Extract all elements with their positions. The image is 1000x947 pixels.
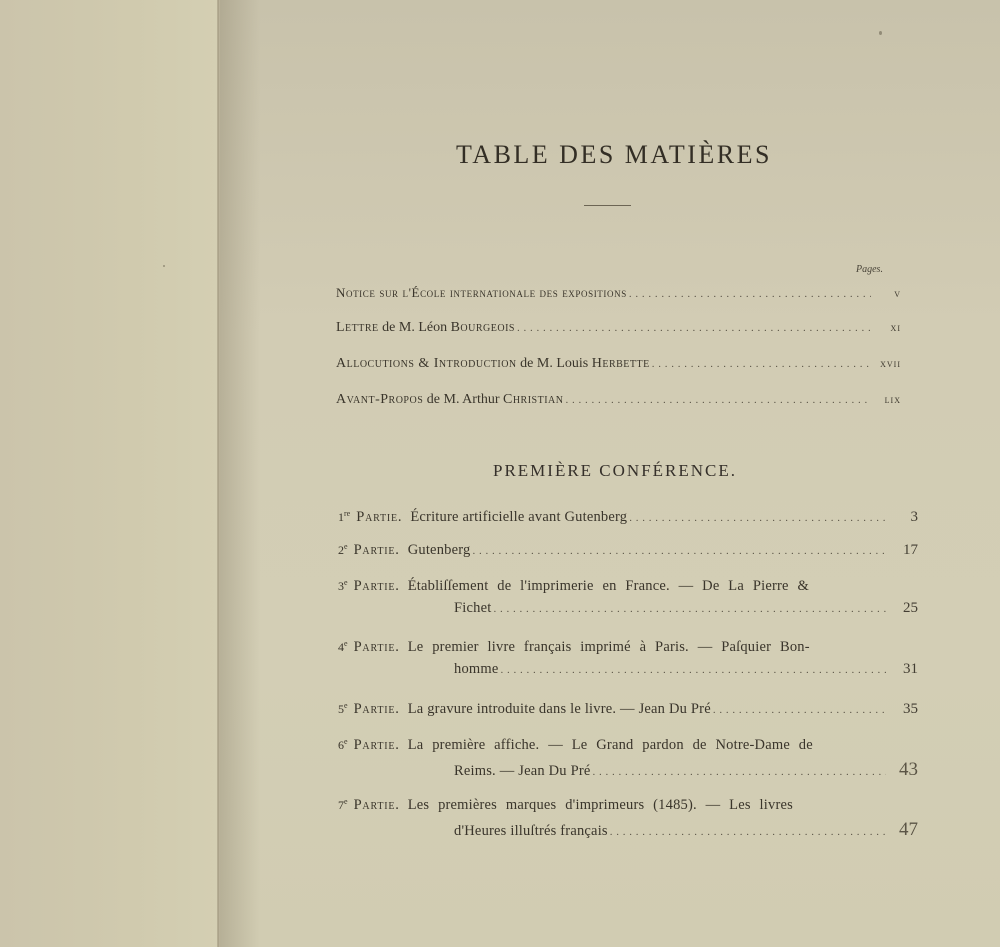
part-title: Le premier livre français imprimé à Pari… <box>408 639 810 656</box>
toc-page-number: xi <box>881 322 901 334</box>
part-number: 6e <box>338 737 348 753</box>
part-number: 7e <box>338 797 348 813</box>
toc-page-number: 25 <box>896 600 918 617</box>
toc-page-number: lix <box>881 394 901 406</box>
part-word: Partie. <box>354 639 400 656</box>
toc-entry-label: Notice sur l'École internationale des ex… <box>336 285 627 301</box>
toc-part-5: 5e Partie. La gravure introduite dans le… <box>338 701 918 718</box>
part-word: Partie. <box>356 509 402 526</box>
toc-entry-avant-propos: Avant-Propos de M. Arthur Christian lix <box>336 392 901 408</box>
toc-page-number: 35 <box>896 701 918 718</box>
part-number: 2e <box>338 542 348 558</box>
dot-leader <box>566 394 871 406</box>
dot-leader <box>593 766 887 778</box>
toc-page-number: 3 <box>896 509 918 526</box>
part-title-continued: d'Heures illuſtrés français <box>454 823 608 840</box>
dot-leader <box>713 704 886 716</box>
toc-part-3: 3e Partie. Établiſſement de l'imprimerie… <box>338 578 918 617</box>
dot-leader <box>610 826 886 838</box>
part-title: Écriture artificielle avant Gutenberg <box>410 509 627 526</box>
part-word: Partie. <box>354 701 400 718</box>
gutter-shadow <box>220 0 260 947</box>
left-page-blank <box>0 0 219 947</box>
part-number: 1re <box>338 509 350 525</box>
toc-page-number: 43 <box>896 759 918 781</box>
toc-part-1: 1re Partie. Écriture artificielle avant … <box>338 509 918 526</box>
part-title-continued: Reims. — Jean Du Pré <box>454 763 591 780</box>
toc-page-number: v <box>881 288 901 300</box>
part-number: 3e <box>338 578 348 594</box>
part-word: Partie. <box>354 737 400 754</box>
part-title: La première affiche. — Le Grand pardon d… <box>408 737 813 754</box>
toc-entry-label: Lettre de M. Léon Bourgeois <box>336 320 515 336</box>
part-number: 4e <box>338 639 348 655</box>
toc-entry-notice: Notice sur l'École internationale des ex… <box>336 285 901 301</box>
part-title: La gravure introduite dans le livre. — J… <box>408 701 711 718</box>
page-title: TABLE DES MATIÈRES <box>456 140 772 170</box>
dot-leader <box>652 358 870 370</box>
paper-speck <box>879 31 882 35</box>
part-title-continued: Fichet <box>454 600 491 617</box>
part-title: Gutenberg <box>408 542 471 559</box>
paper-speck <box>163 265 165 267</box>
part-title: Établiſſement de l'imprimerie en France.… <box>408 578 809 595</box>
toc-entry-label: Allocutions & Introduction de M. Louis H… <box>336 356 650 372</box>
toc-part-4: 4e Partie. Le premier livre français imp… <box>338 639 918 678</box>
part-title: Les premières marques d'imprimeurs (1485… <box>408 797 793 814</box>
toc-part-6: 6e Partie. La première affiche. — Le Gra… <box>338 737 918 781</box>
toc-page-number: 47 <box>896 819 918 841</box>
book-spread: TABLE DES MATIÈRES Pages. Notice sur l'É… <box>0 0 1000 947</box>
part-word: Partie. <box>354 797 400 814</box>
dot-leader <box>629 288 871 300</box>
part-title-continued: homme <box>454 661 499 678</box>
part-word: Partie. <box>354 542 400 559</box>
dot-leader <box>493 603 886 615</box>
toc-part-7: 7e Partie. Les premières marques d'impri… <box>338 797 918 841</box>
dot-leader <box>501 664 887 676</box>
toc-entry-label: Avant-Propos de M. Arthur Christian <box>336 392 564 408</box>
title-rule-divider <box>584 205 631 206</box>
part-number: 5e <box>338 701 348 717</box>
part-word: Partie. <box>354 578 400 595</box>
dot-leader <box>472 545 886 557</box>
toc-page-number: 31 <box>896 661 918 678</box>
toc-entry-allocutions: Allocutions & Introduction de M. Louis H… <box>336 356 901 372</box>
dot-leader <box>629 512 886 524</box>
pages-column-label: Pages. <box>856 264 883 275</box>
toc-page-number: 17 <box>896 542 918 559</box>
toc-page-number: xvii <box>880 358 901 370</box>
toc-part-2: 2e Partie. Gutenberg 17 <box>338 542 918 559</box>
section-heading: PREMIÈRE CONFÉRENCE. <box>493 461 737 481</box>
toc-entry-lettre: Lettre de M. Léon Bourgeois xi <box>336 320 901 336</box>
dot-leader <box>517 322 871 334</box>
